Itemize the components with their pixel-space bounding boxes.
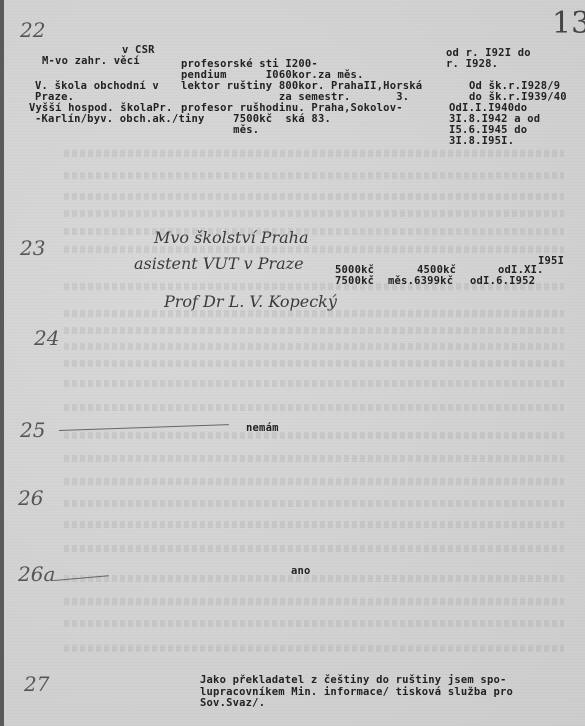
- s27-answer: Jako překladatel z češtiny do ruštiny js…: [200, 675, 513, 710]
- document-page: 13 22 v CSR M-vo zahr. věcí profesorské …: [0, 0, 585, 726]
- section-number-27: 27: [24, 672, 49, 696]
- s25-answer: nemám: [246, 423, 279, 434]
- bleed-through-line: [64, 193, 564, 200]
- bleed-through-line: [64, 228, 564, 235]
- bleed-through-line: [64, 598, 564, 605]
- section-number-23: 23: [20, 236, 45, 260]
- bleed-through-line: [64, 210, 564, 217]
- s22-line2-col3: r. I928.: [446, 59, 498, 70]
- s23-row2-b: měs.6399kč: [388, 276, 453, 287]
- bleed-through-line: [64, 327, 564, 334]
- s25-pen-stroke: [59, 424, 229, 431]
- bleed-through-line: [64, 150, 564, 157]
- s26a-answer: ano: [291, 566, 311, 577]
- bleed-through-line: [64, 478, 564, 485]
- bleed-through-line: [64, 521, 564, 528]
- s22-line7-col2: měs.: [181, 125, 259, 136]
- s22-line6-col1: -Karlín/byv. obch.ak./tiny: [35, 114, 205, 125]
- s22-line8-col3: 3I.8.I95I.: [449, 136, 514, 147]
- bleed-through-line: [64, 380, 564, 387]
- bleed-through-line: [64, 246, 564, 253]
- section-number-26a: 26a: [18, 562, 55, 586]
- bleed-through-line: [64, 545, 564, 552]
- s23-handwritten-name: Prof Dr L. V. Kopecký: [164, 292, 337, 311]
- bleed-through-line: [64, 343, 564, 350]
- s23-handwritten-position: asistent VUT v Praze: [134, 254, 304, 273]
- bleed-through-line: [64, 620, 564, 627]
- bleed-through-line: [64, 360, 564, 367]
- bleed-through-line: [64, 404, 564, 411]
- bleed-through-line: [64, 575, 564, 582]
- s23-row2-c: odI.6.I952: [470, 276, 535, 287]
- bleed-through-line: [64, 172, 564, 179]
- section-number-22: 22: [20, 18, 45, 42]
- page-number: 13: [552, 6, 585, 41]
- bleed-through-line: [64, 645, 564, 652]
- section-number-24: 24: [34, 326, 59, 350]
- section-number-26: 26: [18, 486, 43, 510]
- bleed-through-line: [64, 500, 564, 507]
- s22-line1-col1: M-vo zahr. věcí: [42, 56, 140, 67]
- bleed-through-line: [64, 455, 564, 462]
- s23-row2-a: 7500kč: [335, 276, 374, 287]
- bleed-through-line: [64, 310, 564, 317]
- bleed-through-line: [64, 432, 564, 439]
- section-number-25: 25: [20, 418, 45, 442]
- s23-handwritten-ministry: Mvo školství Praha: [154, 228, 308, 247]
